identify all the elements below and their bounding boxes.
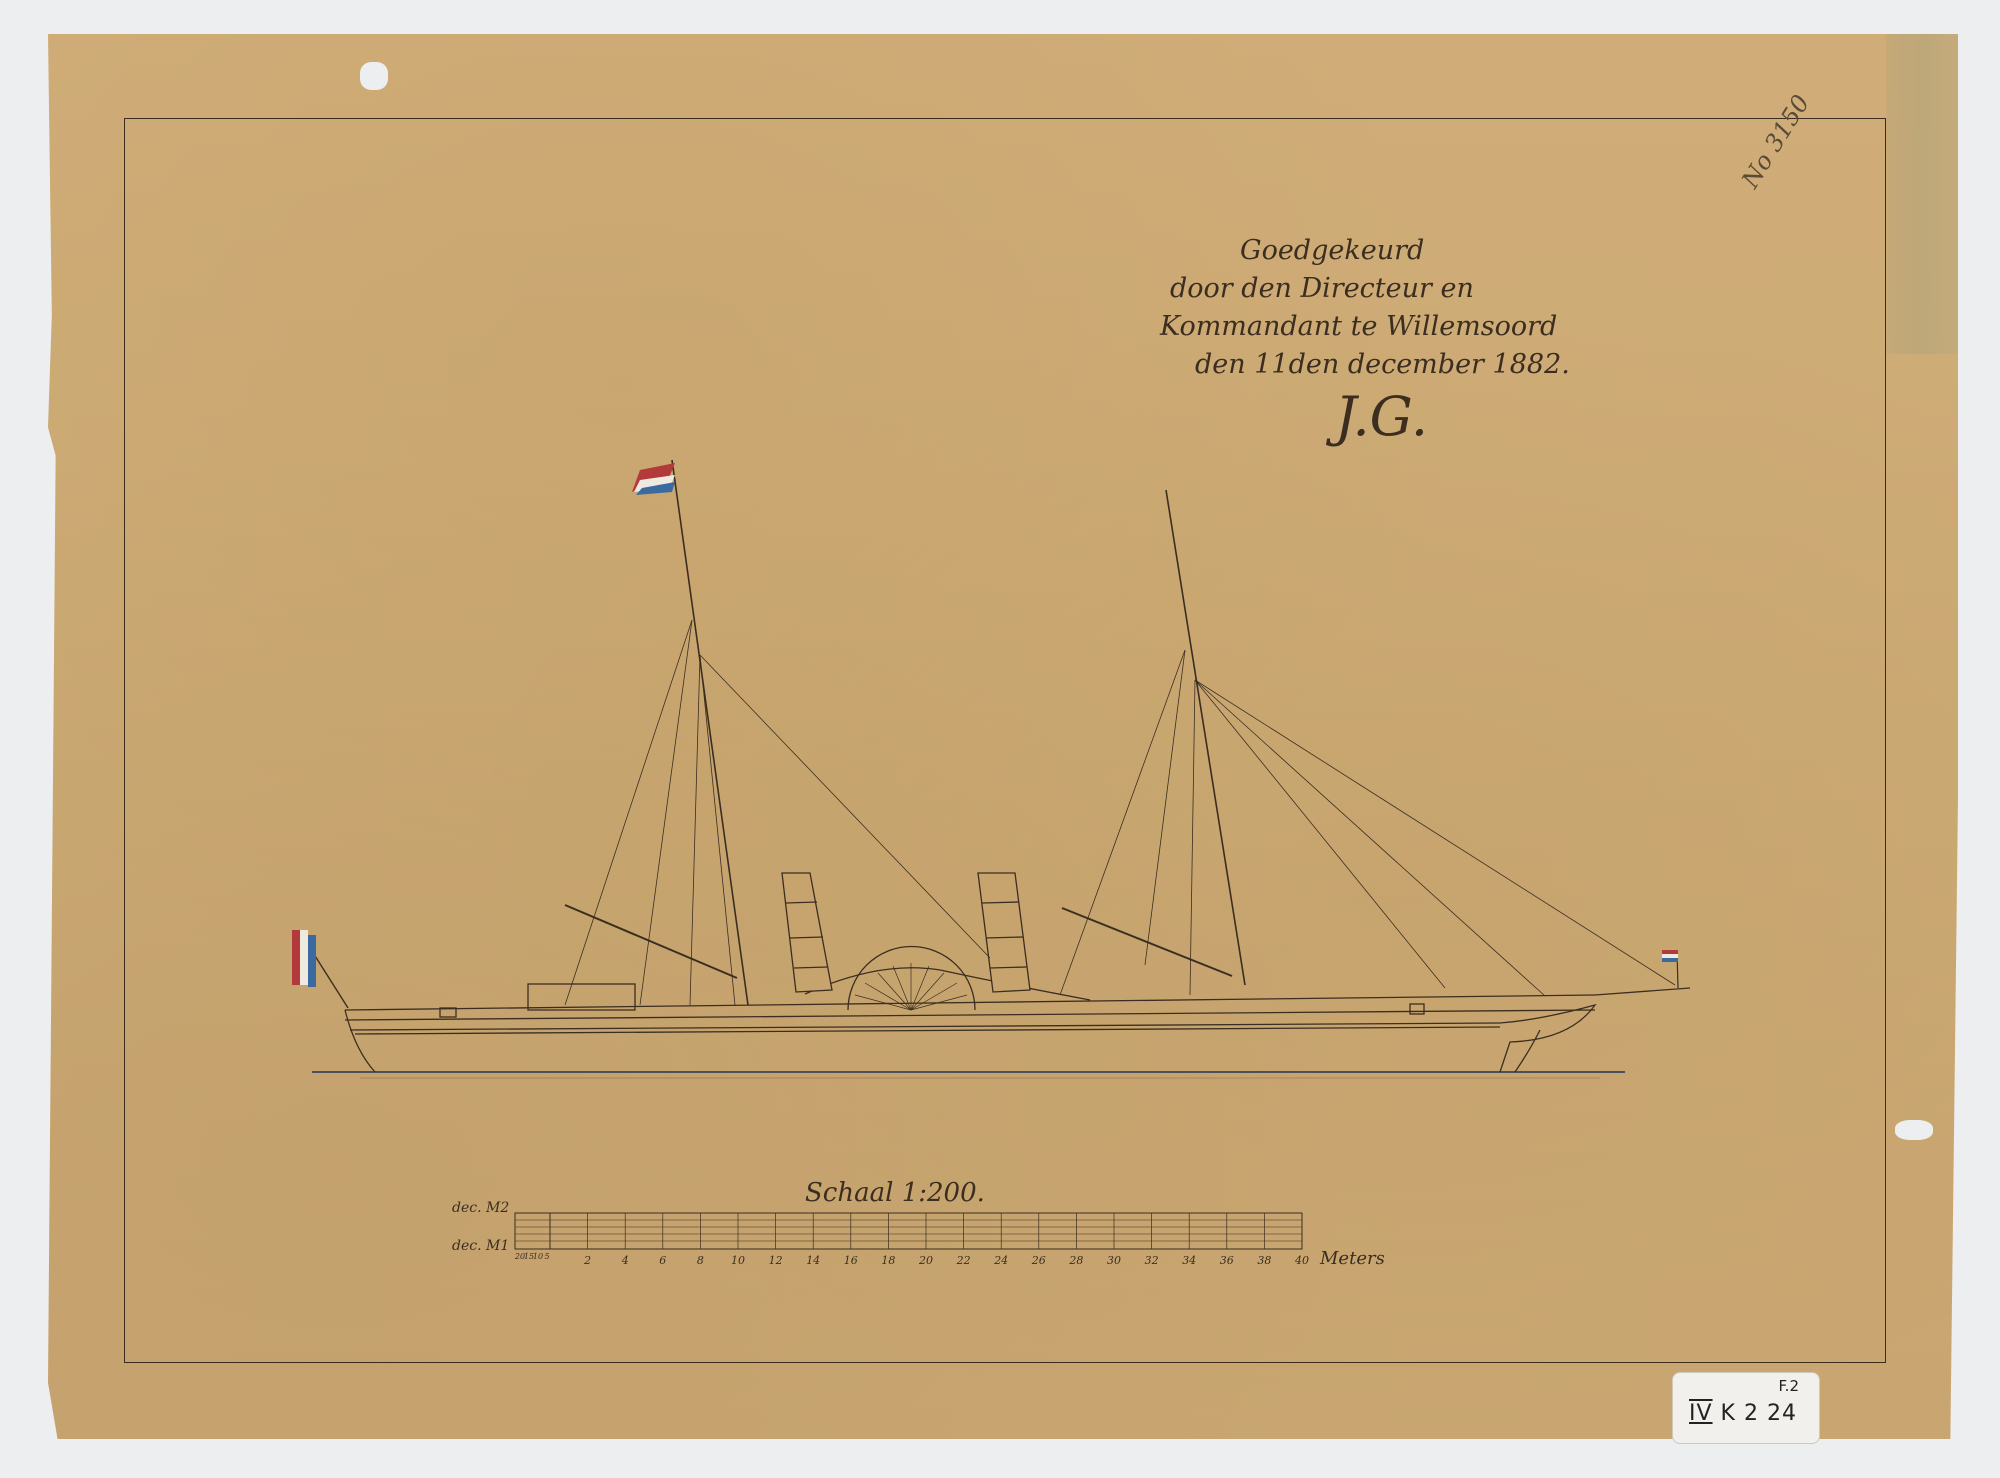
archive-label-roman: IV	[1689, 1401, 1713, 1426]
scale-tick-label: 22	[957, 1254, 971, 1267]
signature: J.G.	[1335, 385, 1428, 448]
archive-label: F.2 IV K 2 24	[1672, 1372, 1820, 1444]
aft-mast	[672, 460, 748, 1005]
scale-tick-label: 40	[1295, 1254, 1309, 1267]
scale-tick-label: 30	[1107, 1254, 1121, 1267]
scale-tick-label: 28	[1069, 1254, 1083, 1267]
annotation-line: Goedgekeurd	[1160, 232, 1570, 270]
scale-tick-label: 26	[1032, 1254, 1046, 1267]
archive-label-top: F.2	[1778, 1377, 1799, 1395]
scale-tick-label: 34	[1182, 1254, 1196, 1267]
scale-unit: Meters	[1320, 1248, 1385, 1269]
annotation-line: den 11den december 1882.	[1160, 346, 1570, 384]
fore-mast	[1166, 490, 1245, 985]
scale-row-label: dec. M2	[452, 1200, 509, 1216]
scale-subtick-label: 10	[533, 1252, 543, 1261]
scale-subtick-label: 5	[544, 1252, 549, 1261]
masthead-flag	[632, 463, 675, 495]
scale-title: Schaal 1:200.	[805, 1178, 985, 1208]
scale-tick-label: 4	[622, 1254, 629, 1267]
scale-tick-label: 14	[806, 1254, 820, 1267]
stern-ensign	[292, 930, 316, 987]
scale-tick-label: 2	[584, 1254, 591, 1267]
archive-label-code: K 2	[1721, 1401, 1759, 1426]
scale-tick-label: 10	[731, 1254, 745, 1267]
scale-bar	[515, 1213, 1302, 1249]
scale-tick-label: 24	[994, 1254, 1008, 1267]
funnel-aft	[782, 873, 832, 992]
annotation-line: Kommandant te Willemsoord	[1160, 308, 1570, 346]
funnel-fore	[978, 873, 1030, 992]
scale-row-label: dec. M1	[452, 1238, 509, 1254]
scale-tick-label: 18	[881, 1254, 895, 1267]
scale-tick-label: 12	[769, 1254, 783, 1267]
annotation-line: door den Directeur en	[1160, 270, 1570, 308]
scale-tick-label: 20	[919, 1254, 933, 1267]
scale-tick-label: 8	[697, 1254, 704, 1267]
scale-tick-label: 36	[1220, 1254, 1234, 1267]
scale-tick-label: 6	[659, 1254, 666, 1267]
bow-jack	[1662, 950, 1678, 962]
scale-tick-label: 32	[1145, 1254, 1159, 1267]
archive-label-number: 24	[1767, 1401, 1797, 1426]
scale-tick-label: 16	[844, 1254, 858, 1267]
scale-tick-label: 38	[1257, 1254, 1271, 1267]
approval-annotation: Goedgekeurd door den Directeur en Komman…	[1160, 232, 1570, 384]
